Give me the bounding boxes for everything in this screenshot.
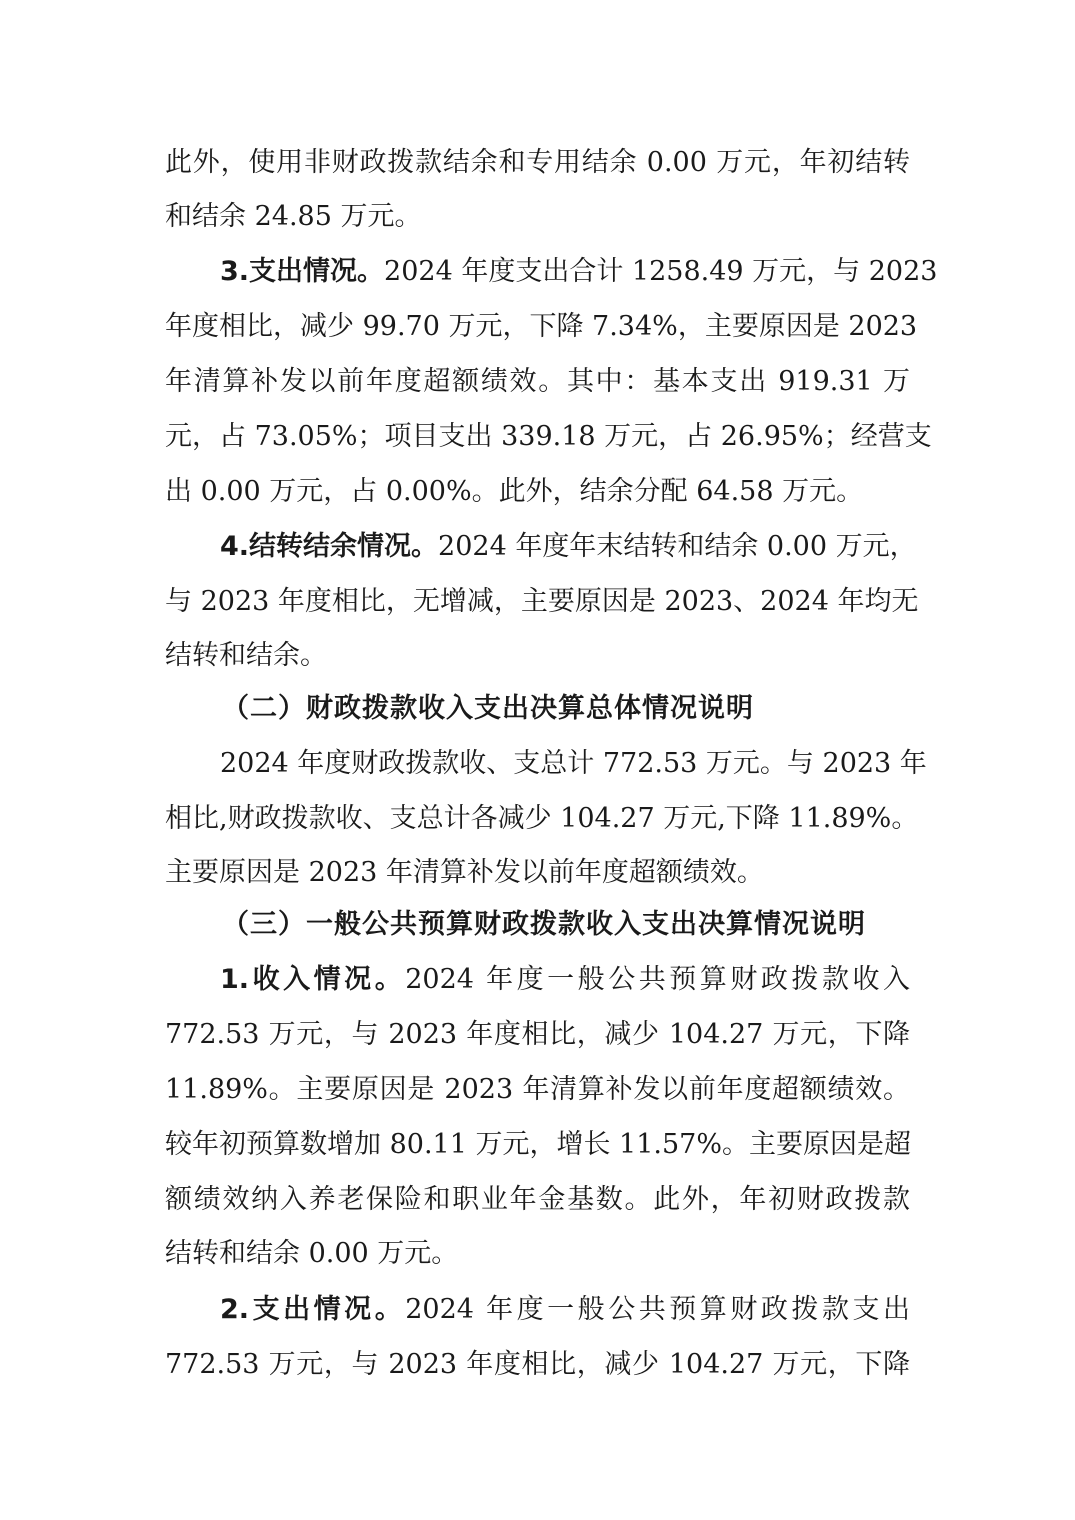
paragraph-line: 2.支出情况。2024 年度一般公共预算财政拨款支出 bbox=[220, 1290, 910, 1330]
paragraph-text: 2024 年度一般公共预算财政拨款支出 bbox=[405, 1294, 910, 1325]
paragraph-line: 此外，使用非财政拨款结余和专用结余 0.00 万元，年初结转 bbox=[165, 143, 910, 183]
paragraph-line: 较年初预算数增加 80.11 万元，增长 11.57%。主要原因是超 bbox=[165, 1125, 910, 1165]
section-lead-carryover: 4.结转结余情况。 bbox=[220, 531, 438, 562]
document-page: 此外，使用非财政拨款结余和专用结余 0.00 万元，年初结转 和结余 24.85… bbox=[0, 0, 1075, 1520]
section-heading-2: （二）财政拨款收入支出决算总体情况说明 bbox=[222, 689, 754, 729]
section-heading-3: （三）一般公共预算财政拨款收入支出决算情况说明 bbox=[222, 905, 866, 945]
paragraph-line: 主要原因是 2023 年清算补发以前年度超额绩效。 bbox=[165, 853, 910, 893]
paragraph-line: 2024 年度财政拨款收、支总计 772.53 万元。与 2023 年 bbox=[220, 744, 910, 784]
paragraph-line: 772.53 万元，与 2023 年度相比，减少 104.27 万元，下降 bbox=[165, 1015, 910, 1055]
paragraph-text: 2024 年度年末结转和结余 0.00 万元， bbox=[438, 531, 917, 562]
section-lead-gpb-expenditure: 2.支出情况。 bbox=[220, 1294, 405, 1325]
paragraph-line: 结转和结余 0.00 万元。 bbox=[165, 1234, 910, 1274]
paragraph-line: 与 2023 年度相比，无增减，主要原因是 2023、2024 年均无 bbox=[165, 582, 910, 622]
paragraph-line: 772.53 万元，与 2023 年度相比，减少 104.27 万元，下降 bbox=[165, 1345, 910, 1385]
paragraph-line: 结转和结余。 bbox=[165, 636, 910, 676]
paragraph-line: 4.结转结余情况。2024 年度年末结转和结余 0.00 万元， bbox=[220, 527, 910, 567]
paragraph-line: 相比,财政拨款收、支总计各减少 104.27 万元,下降 11.89%。 bbox=[165, 799, 910, 839]
paragraph-text: 2024 年度支出合计 1258.49 万元，与 2023 bbox=[384, 256, 937, 287]
paragraph-line: 和结余 24.85 万元。 bbox=[165, 197, 910, 237]
paragraph-line: 出 0.00 万元，占 0.00%。此外，结余分配 64.58 万元。 bbox=[165, 472, 910, 512]
paragraph-line: 年度相比，减少 99.70 万元，下降 7.34%，主要原因是 2023 bbox=[165, 307, 910, 347]
section-lead-expenditure: 3.支出情况。 bbox=[220, 256, 384, 287]
paragraph-line: 1.收入情况。2024 年度一般公共预算财政拨款收入 bbox=[220, 960, 910, 1000]
paragraph-line: 年清算补发以前年度超额绩效。其中：基本支出 919.31 万 bbox=[165, 362, 910, 402]
paragraph-line: 3.支出情况。2024 年度支出合计 1258.49 万元，与 2023 bbox=[220, 252, 910, 292]
section-lead-income: 1.收入情况。 bbox=[220, 964, 405, 995]
paragraph-line: 元，占 73.05%；项目支出 339.18 万元，占 26.95%；经营支 bbox=[165, 417, 910, 457]
paragraph-line: 额绩效纳入养老保险和职业年金基数。此外，年初财政拨款 bbox=[165, 1180, 910, 1220]
paragraph-text: 2024 年度一般公共预算财政拨款收入 bbox=[405, 964, 910, 995]
paragraph-line: 11.89%。主要原因是 2023 年清算补发以前年度超额绩效。 bbox=[165, 1070, 910, 1110]
